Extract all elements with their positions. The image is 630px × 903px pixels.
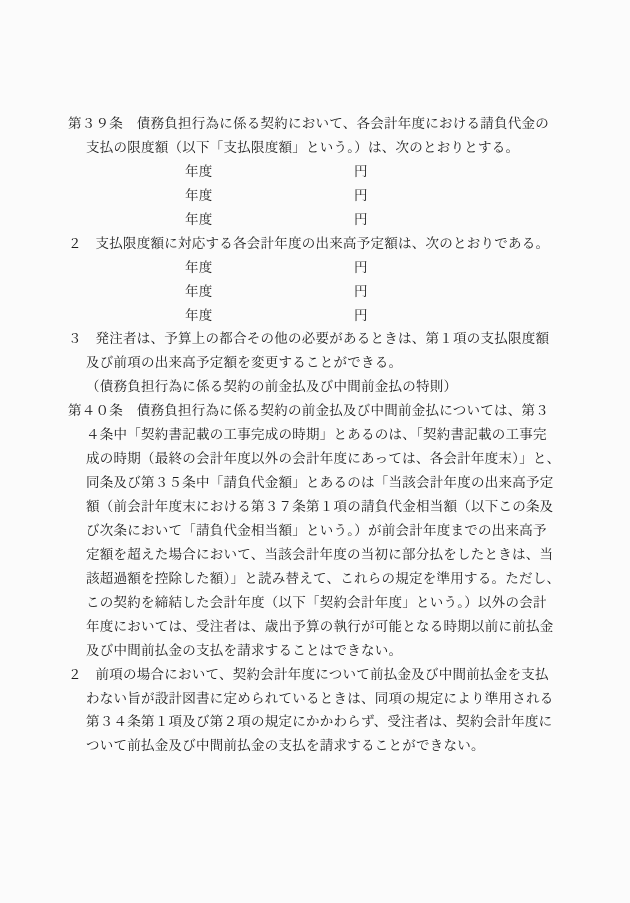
yen-unit-label: 円 [354,184,368,208]
fiscal-year-amount-row: 年度円 [0,184,630,208]
fiscal-year-amount-row: 年度円 [0,280,630,304]
document-text-line: 及び前項の出来高予定額を変更することができる。 [0,351,630,375]
document-text-line: ついて前払金及び中間前払金の支払を請求することができない。 [0,734,630,758]
document-text-line: ２ 前項の場合において、契約会計年度について前払金及び中間前払金を支払 [0,663,630,687]
document-text-line: び次条において「請負代金相当額」という。）が前会計年度までの出来高予 [0,519,630,543]
document-text-line: 第４０条 債務負担行為に係る契約の前金払及び中間前金払については、第３ [0,399,630,423]
document-text-line: 第３９条 債務負担行為に係る契約において、各会計年度における請負代金の [0,112,630,136]
document-text-line: わない旨が設計図書に定められているときは、同項の規定により準用される [0,687,630,711]
fiscal-year-amount-row: 年度円 [0,304,630,328]
fiscal-year-label: 年度 [185,280,213,304]
document-text-line: 該超過額を控除した額）」と読み替えて、これらの規定を準用する。ただし、 [0,567,630,591]
fiscal-year-label: 年度 [185,256,213,280]
document-text-line: この契約を締結した会計年度（以下「契約会計年度」という。）以外の会計 [0,591,630,615]
document-body: 第３９条 債務負担行為に係る契約において、各会計年度における請負代金の支払の限度… [0,112,630,758]
document-text-line: 額（前会計年度末における第３７条第１項の請負代金相当額（以下この条及 [0,495,630,519]
document-text-line: 支払の限度額（以下「支払限度額」という。）は、次のとおりとする。 [0,136,630,160]
document-text-line: ４条中「契約書記載の工事完成の時期」とあるのは、「契約書記載の工事完 [0,423,630,447]
document-text-line: 同条及び第３５条中「請負代金額」とあるのは「当該会計年度の出来高予定 [0,471,630,495]
document-text-line: ３ 発注者は、予算上の都合その他の必要があるときは、第１項の支払限度額 [0,327,630,351]
document-text-line: 年度においては、受注者は、歳出予算の執行が可能となる時期以前に前払金 [0,615,630,639]
fiscal-year-label: 年度 [185,160,213,184]
fiscal-year-label: 年度 [185,304,213,328]
fiscal-year-amount-row: 年度円 [0,208,630,232]
document-page: 第３９条 債務負担行為に係る契約において、各会計年度における請負代金の支払の限度… [0,0,630,903]
fiscal-year-amount-row: 年度円 [0,160,630,184]
document-text-line: 第３４条第１項及び第２項の規定にかかわらず、受注者は、契約会計年度に [0,710,630,734]
yen-unit-label: 円 [354,256,368,280]
yen-unit-label: 円 [354,160,368,184]
fiscal-year-amount-row: 年度円 [0,256,630,280]
yen-unit-label: 円 [354,304,368,328]
document-text-line: 成の時期（最終の会計年度以外の会計年度にあっては、各会計年度末）」と、 [0,447,630,471]
document-text-line: ２ 支払限度額に対応する各会計年度の出来高予定額は、次のとおりである。 [0,232,630,256]
fiscal-year-label: 年度 [185,208,213,232]
yen-unit-label: 円 [354,208,368,232]
document-text-line: 及び中間前払金の支払を請求することはできない。 [0,639,630,663]
document-text-line: （債務負担行為に係る契約の前金払及び中間前金払の特則） [0,375,630,399]
document-text-line: 定額を超えた場合において、当該会計年度の当初に部分払をしたときは、当 [0,543,630,567]
yen-unit-label: 円 [354,280,368,304]
fiscal-year-label: 年度 [185,184,213,208]
